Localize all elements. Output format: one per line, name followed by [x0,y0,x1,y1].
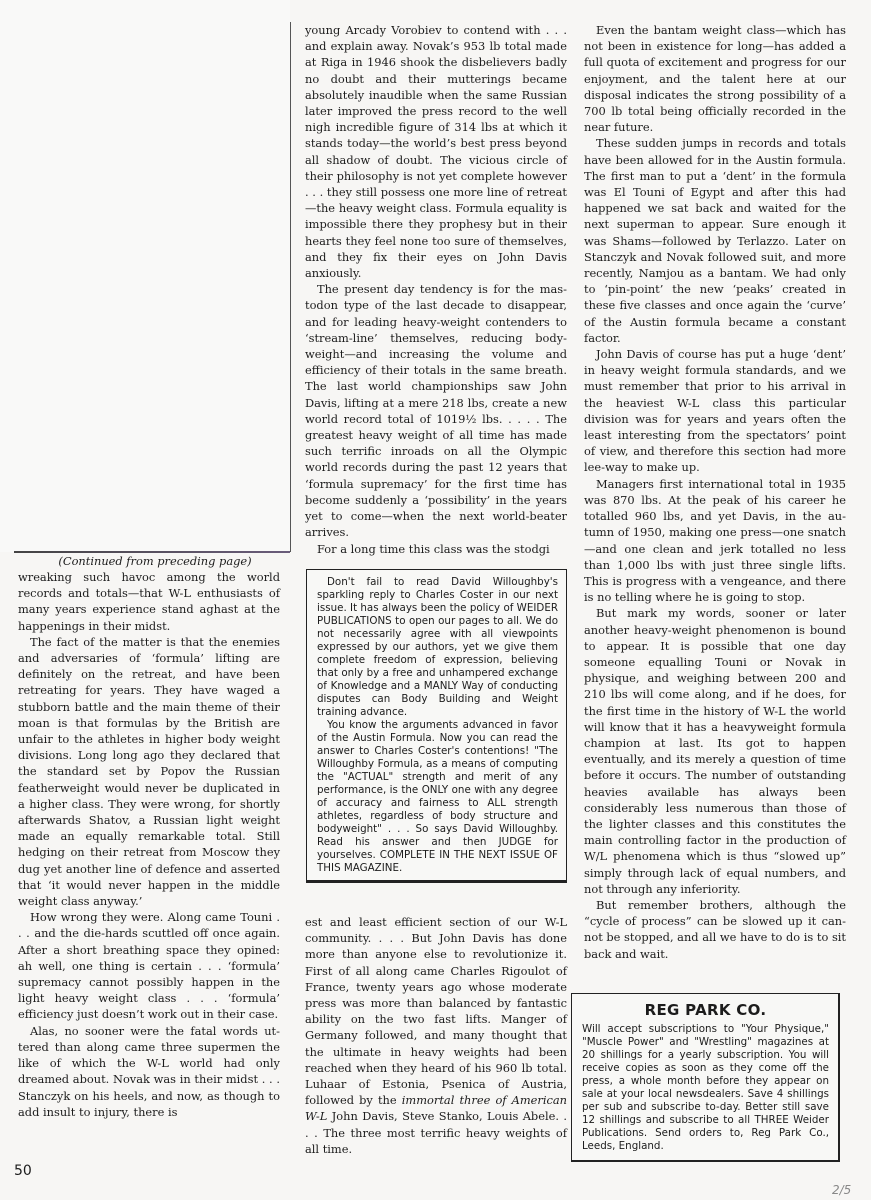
notice-paragraph: You know the arguments advanced in favor… [317,719,558,875]
paragraph: But mark my words, sooner or later anoth… [584,605,846,897]
paragraph: These sudden jumps in records and totals… [584,135,846,346]
column-divider [290,22,291,552]
paragraph: Managers first international total in 19… [584,476,846,606]
reg-park-ad-box: REG PARK CO. Will accept subscriptions t… [571,993,840,1162]
editorial-notice-box: Don't fail to read David Willoughby's sp… [306,569,567,883]
middle-column-top: young Arcady Vorobiev to contend with . … [305,22,567,557]
paragraph: The fact of the matter is that the enemi… [18,634,280,909]
paragraph: Alas, no sooner were the fatal words ut­… [18,1023,280,1120]
middle-column-bottom: est and least efficient section of our W… [305,914,567,1157]
left-column: (Continued from preceding page) wreaking… [18,553,280,1120]
paragraph: How wrong they were. Along came Touni . … [18,909,280,1022]
page-number: 50 [14,1163,32,1179]
paragraph: est and least efficient section of our W… [305,914,567,1157]
paragraph: young Arcady Vorobiev to contend with . … [305,22,567,281]
image-placeholder-area [0,0,290,552]
paragraph: wreaking such havoc among the world reco… [18,569,280,634]
ad-title: REG PARK CO. [582,1000,829,1020]
handwritten-margin-note: 2/5 [832,1183,851,1197]
continued-label: (Continued from preceding page) [18,553,280,569]
paragraph: For a long time this class was the stodg… [305,541,567,557]
paragraph: Even the bantam weight class—which has n… [584,22,846,135]
ad-body: Will accept subscriptions to "Your Physi… [582,1023,829,1153]
notice-paragraph: Don't fail to read David Willoughby's sp… [317,576,558,719]
paragraph: The present day tendency is for the mas­… [305,281,567,540]
right-column: Even the bantam weight class—which has n… [584,22,846,962]
paragraph: John Davis of course has put a huge ‘den… [584,346,846,476]
paragraph: But remember brothers, although the “cyc… [584,897,846,962]
